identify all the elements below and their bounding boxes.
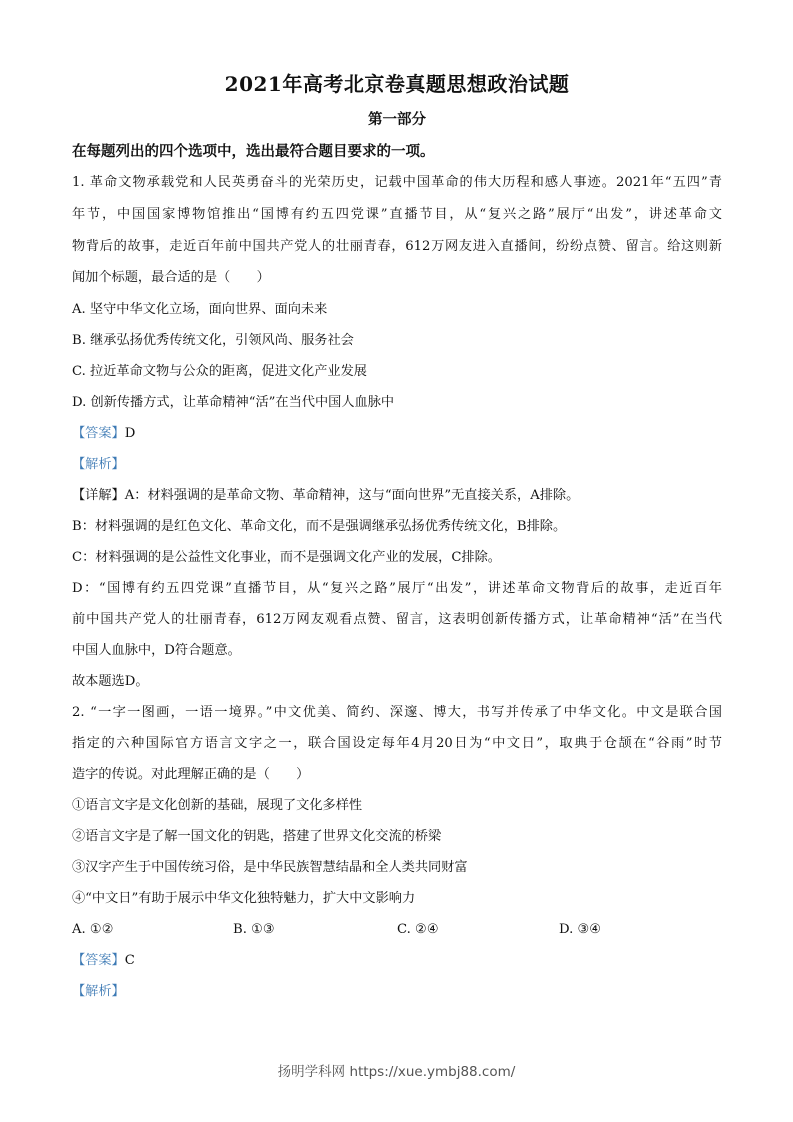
q2-stem-line: 2. “一字一图画，一语一境界。”中文优美、简约、深邃、博大，书写并传承了中华文… <box>72 703 722 723</box>
q2-analysis-tag: 【解析】 <box>72 982 125 1002</box>
q1-option-a: A. 坚守中华文化立场，面向世界、面向未来 <box>72 300 327 320</box>
answer-value: C <box>125 953 135 968</box>
q1-stem-line: 年节，中国国家博物馆推出“国博有约五四党课”直播节目，从“复兴之路”展厅“出发”… <box>72 205 722 225</box>
q1-detail-line: 【详解】A：材料强调的是革命文物、革命精神，这与“面向世界”无直接关系，A排除。 <box>72 486 579 506</box>
page-title: 2021年高考北京卷真题思想政治试题 <box>72 68 722 97</box>
section-heading: 第一部分 <box>72 108 722 129</box>
q1-stem-line: 闻加个标题，最合适的是（ ） <box>72 268 270 288</box>
q1-stem-line: 1. 革命文物承载党和人民英勇奋斗的光荣历史，记载中国革命的伟大历程和感人事迹。… <box>72 173 722 193</box>
instruction-text: 在每题列出的四个选项中，选出最符合题目要求的一项。 <box>72 140 435 161</box>
q1-detail-line: C：材料强调的是公益性文化事业，而不是强调文化产业的发展，C排除。 <box>72 548 501 568</box>
q1-detail-line: D：“国博有约五四党课”直播节目，从“复兴之路”展厅“出发”，讲述革命文物背后的… <box>72 579 722 599</box>
q2-option-a: A. ①② <box>72 920 114 940</box>
q2-stem-line: 指定的六种国际官方语言文字之一，联合国设定每年4月20日为“中文日”，取典于仓颉… <box>72 734 722 754</box>
q2-answer: 【答案】C <box>72 951 135 971</box>
q1-option-d: D. 创新传播方式，让革命精神“活”在当代中国人血脉中 <box>72 393 394 413</box>
q2-stem-line: 造字的传说。对此理解正确的是（ ） <box>72 765 309 785</box>
q1-detail-line: B：材料强调的是红色文化、革命文化，而不是强调继承弘扬优秀传统文化，B排除。 <box>72 517 566 537</box>
answer-value: D <box>125 426 136 441</box>
q2-option-d: D. ③④ <box>559 920 601 940</box>
answer-tag: 【答案】 <box>72 953 125 968</box>
q2-statement-2: ②语言文字是了解一国文化的钥匙，搭建了世界文化交流的桥梁 <box>72 827 441 847</box>
q2-statement-1: ①语言文字是文化创新的基础，展现了文化多样性 <box>72 796 362 816</box>
q1-option-c: C. 拉近革命文物与公众的距离，促进文化产业发展 <box>72 362 367 382</box>
q1-answer: 【答案】D <box>72 424 135 444</box>
q1-stem-line: 物背后的故事，走近百年前中国共产党人的壮丽青春，612万网友进入直播间，纷纷点赞… <box>72 237 722 257</box>
q2-statement-4: ④“中文日”有助于展示中华文化独特魅力，扩大中文影响力 <box>72 889 415 909</box>
detail-tag: 【详解】 <box>72 488 125 503</box>
q2-option-c: C. ②④ <box>397 920 439 940</box>
q2-statement-3: ③汉字产生于中国传统习俗，是中华民族智慧结晶和全人类共同财富 <box>72 858 468 878</box>
q1-conclusion: 故本题选D。 <box>72 672 149 692</box>
q1-detail-line: 前中国共产党人的壮丽青春，612万网友观看点赞、留言，这表明创新传播方式，让革命… <box>72 610 722 630</box>
q1-detail-line: 中国人血脉中，D符合题意。 <box>72 641 241 661</box>
q1-option-b: B. 继承弘扬优秀传统文化，引领风尚、服务社会 <box>72 331 354 351</box>
q1-analysis-tag: 【解析】 <box>72 455 125 475</box>
q2-option-b: B. ①③ <box>233 920 275 940</box>
answer-tag: 【答案】 <box>72 426 125 441</box>
footer-watermark: 扬明学科网 https://xue.ymbj88.com/ <box>0 1060 793 1080</box>
